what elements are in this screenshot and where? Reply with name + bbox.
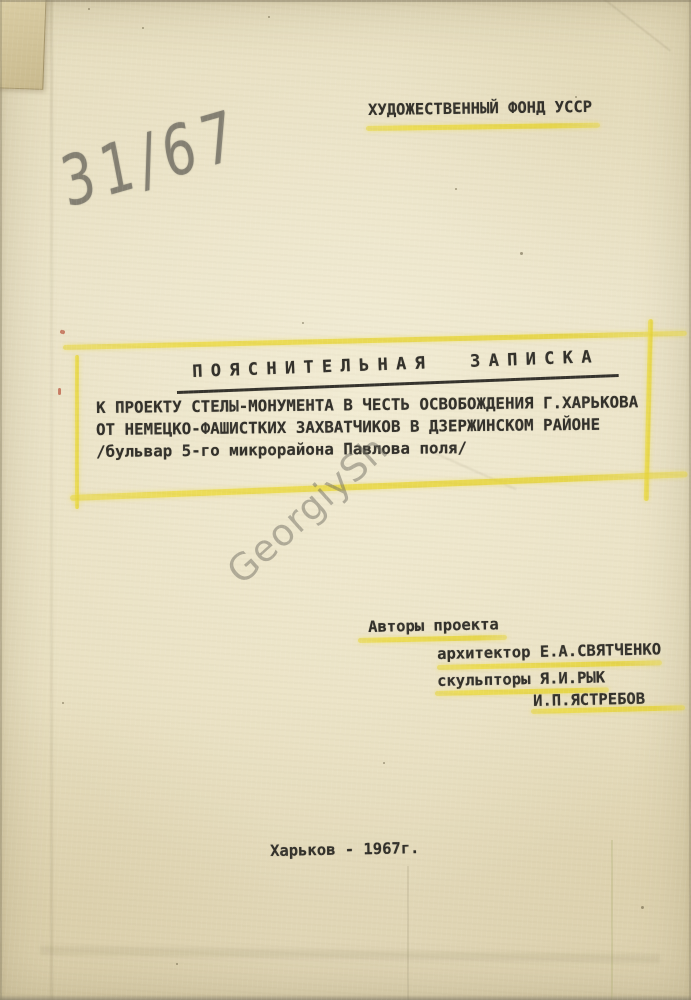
paper-speck (62, 702, 64, 704)
red-pencil-mark (59, 329, 65, 334)
scan-edge-left (0, 0, 2, 1000)
paper-speck (641, 906, 644, 909)
paper-speck (383, 762, 385, 764)
paper-speck (142, 27, 144, 29)
paper-speck (268, 16, 270, 18)
paper-crease (611, 840, 613, 1000)
authors-heading-highlight-underline (358, 635, 507, 643)
tape-patch (0, 0, 47, 90)
subtitle-line-3: /бульвар 5-го микрорайона Павлова поля/ (96, 440, 467, 460)
subtitle-line-2: ОТ НЕМЕЦКО-ФАШИСТКИХ ЗАХВАТЧИКОВ В ДЗЕРЖ… (96, 417, 600, 438)
paper-speck (88, 8, 90, 10)
red-pencil-mark (58, 388, 61, 395)
subtitle-line-1: К ПРОЕКТУ СТЕЛЫ-МОНУМЕНТА В ЧЕСТЬ ОСВОБО… (96, 394, 638, 415)
paper-crease (40, 946, 660, 964)
authors-heading: Авторы проекта (368, 617, 499, 635)
highlight-frame-left (75, 355, 79, 509)
scan-edge-top (0, 0, 691, 2)
organization-heading: ХУДОЖЕСТВЕННЫЙ ФОНД УССР (368, 100, 592, 119)
paper-speck (176, 963, 178, 965)
footer-city-year: Харьков - 1967г. (270, 841, 420, 859)
paper-speck (302, 322, 304, 324)
paper-crease (583, 0, 671, 52)
paper-speck (455, 188, 457, 190)
scanned-document-page: 31/67 ХУДОЖЕСТВЕННЫЙ ФОНД УССР ПОЯСНИТЕЛ… (0, 0, 691, 1000)
paper-fold-line (50, 0, 53, 1000)
sculptors-line-1: скульпторы Я.И.РЫК (437, 670, 605, 689)
paper-crease (407, 866, 409, 1000)
scan-edge-bottom (0, 995, 691, 1000)
organization-highlight-underline (366, 123, 600, 131)
architect-line: архитектор Е.А.СВЯТЧЕНКО (437, 642, 661, 662)
archive-number-handwritten: 31/67 (55, 95, 248, 224)
paper-speck (520, 252, 523, 255)
